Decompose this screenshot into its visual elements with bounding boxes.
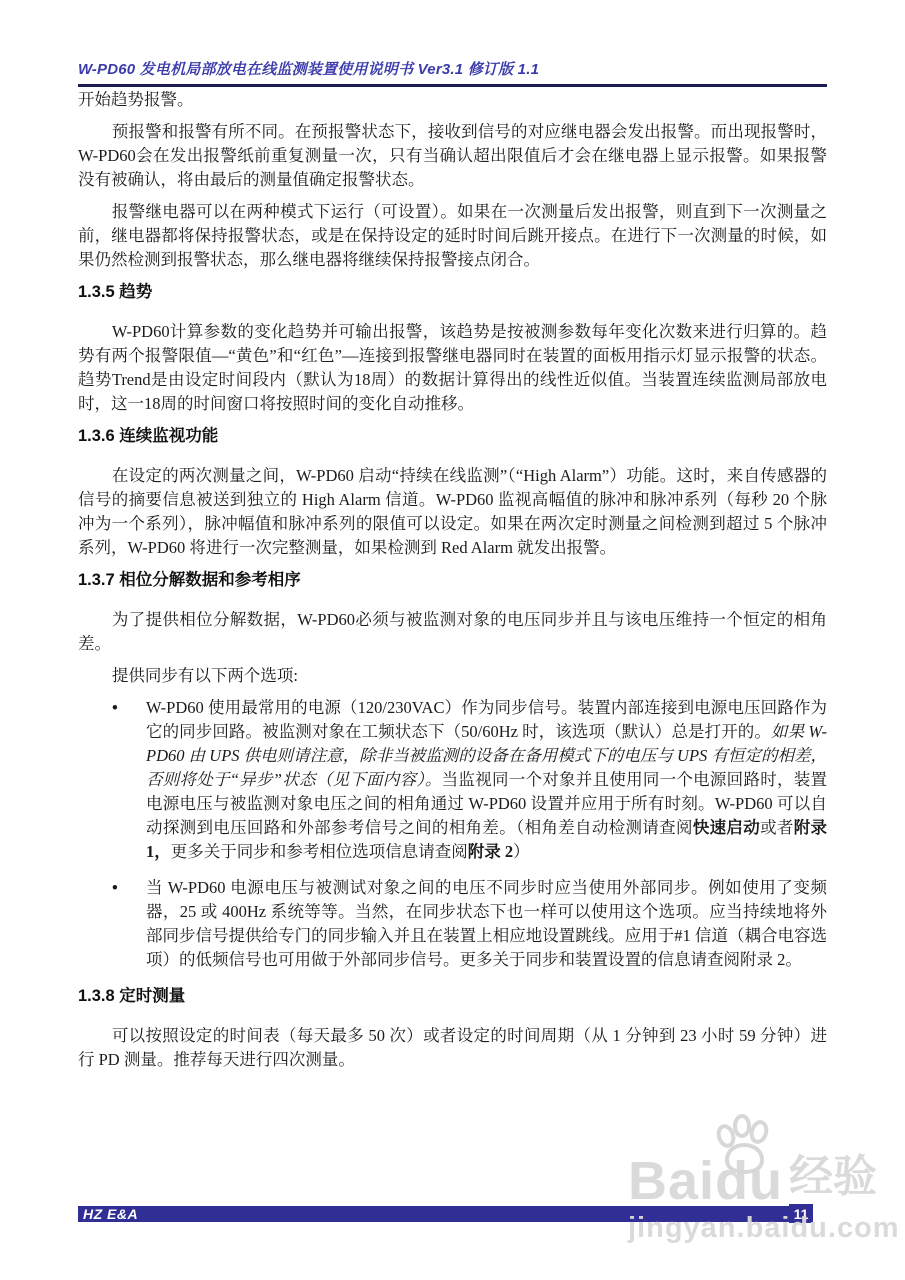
text-run: 可以按照设定的时间表（每天最多 50 次）或者设定的时间周期（从 1 分钟到 2… [78,1026,827,1069]
paragraph: 开始趋势报警。 [78,88,827,112]
paragraph: 可以按照设定的时间表（每天最多 50 次）或者设定的时间周期（从 1 分钟到 2… [78,1024,827,1072]
paragraph: W-PD60计算参数的变化趋势并可输出报警，该趋势是按被测参数每年变化次数来进行… [78,320,827,416]
text-run: 开始趋势报警。 [78,90,194,109]
footer-company: HZ E&A [78,1206,138,1222]
text-run: 报警继电器可以在两种模式下运行（可设置）。如果在一次测量后发出报警，则直到下一次… [78,202,827,269]
bullet-marker-icon: • [112,876,146,972]
bullet-marker-icon: • [112,696,146,864]
text-run: 预报警和报警有所不同。在预报警状态下，接收到信号的对应继电器会发出报警。而出现报… [78,122,827,189]
footer-bar: HZ E&A [78,1206,790,1222]
page-header: W-PD60 发电机局部放电在线监测装置使用说明书 Ver3.1 修订版 1.1 [78,58,827,87]
baidu-watermark: Baidu经验 jingyan.baidu.com [628,1140,905,1245]
section-heading: 1.3.7 相位分解数据和参考相序 [78,568,827,592]
text-run: 当 W-PD60 电源电压与被测试对象之间的电压不同步时应当使用外部同步。例如使… [146,878,827,969]
bullet-text: 当 W-PD60 电源电压与被测试对象之间的电压不同步时应当使用外部同步。例如使… [146,876,827,972]
document-body: 开始趋势报警。预报警和报警有所不同。在预报警状态下，接收到信号的对应继电器会发出… [78,88,827,1080]
paragraph: 提供同步有以下两个选项: [78,664,827,688]
bullet-item: •当 W-PD60 电源电压与被测试对象之间的电压不同步时应当使用外部同步。例如… [112,876,827,972]
header-title: W-PD60 发电机局部放电在线监测装置使用说明书 Ver3.1 修订版 1.1 [78,58,827,79]
text-run: W-PD60 使用最常用的电源（120/230VAC）作为同步信号。装置内部连接… [146,698,827,741]
paragraph: 为了提供相位分解数据，W-PD60必须与被监测对象的电压同步并且与该电压维持一个… [78,608,827,656]
section-heading: 1.3.8 定时测量 [78,984,827,1008]
section-heading: 1.3.6 连续监视功能 [78,424,827,448]
baidu-logo: Baidu经验 [628,1140,905,1212]
text-run: W-PD60计算参数的变化趋势并可输出报警，该趋势是按被测参数每年变化次数来进行… [78,322,827,413]
bullet-item: •W-PD60 使用最常用的电源（120/230VAC）作为同步信号。装置内部连… [112,696,827,864]
text-run: 为了提供相位分解数据，W-PD60必须与被监测对象的电压同步并且与该电压维持一个… [78,610,827,653]
baidu-paw-icon [712,1114,778,1181]
page-number-badge: 11 [789,1204,813,1223]
text-run: 附录 2 [468,842,513,861]
text-run: 更多关于同步和参考相位选项信息请查阅 [171,842,468,861]
paragraph: 预报警和报警有所不同。在预报警状态下，接收到信号的对应继电器会发出报警。而出现报… [78,120,827,192]
text-run: 或者 [760,818,794,837]
paragraph: 报警继电器可以在两种模式下运行（可设置）。如果在一次测量后发出报警，则直到下一次… [78,200,827,272]
text-run: 在设定的两次测量之间，W-PD60 启动“持续在线监测”（“High Alarm… [78,466,827,557]
document-page: W-PD60 发电机局部放电在线监测装置使用说明书 Ver3.1 修订版 1.1… [0,0,905,1280]
text-run: 提供同步有以下两个选项: [112,666,298,685]
text-run: 快速启动 [693,818,760,837]
text-run: ） [513,842,530,861]
bullet-text: W-PD60 使用最常用的电源（120/230VAC）作为同步信号。装置内部连接… [146,696,827,864]
header-rule [78,84,827,87]
section-heading: 1.3.5 趋势 [78,280,827,304]
baidu-brand-text: Baidu [628,1151,783,1211]
baidu-jingyan-text: 经验 [789,1152,877,1201]
paragraph: 在设定的两次测量之间，W-PD60 启动“持续在线监测”（“High Alarm… [78,464,827,560]
